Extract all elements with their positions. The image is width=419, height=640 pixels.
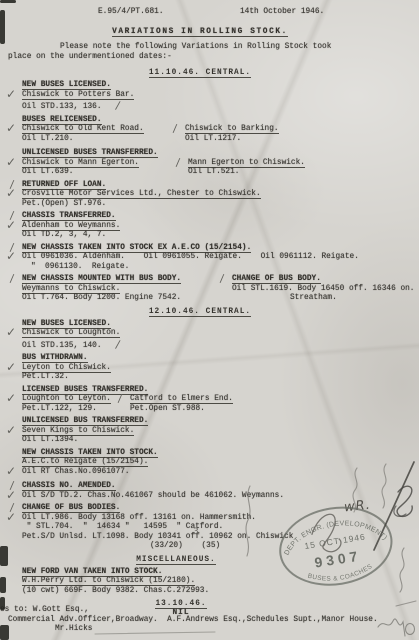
entry-block: BUSES RELICENSED.✓Chiswick to Old Kent R… xyxy=(22,116,419,145)
entry-heading: ∕RETURNED OFF LOAN. xyxy=(22,181,419,191)
doc-text: Oil 0961036. Aldenham. Oil 0961055. Reig… xyxy=(22,253,359,261)
doc-line: Oil LT.1217. xyxy=(185,135,279,145)
entry-heading: UNLICENSED BUS TRANSFERRED. xyxy=(22,417,419,427)
doc-line: Pet.LT.32. xyxy=(22,373,419,383)
entry-heading-text: CHANGE OF BUS BODY. xyxy=(232,275,321,284)
doc-text: Streatham. xyxy=(290,294,337,302)
entry-heading-text: UNLICENSED BUS TRANSFERRED. xyxy=(22,417,148,426)
entry-heading: ∕CHANGE OF BUS BODY. xyxy=(232,275,414,285)
slash-annotation: ∕ xyxy=(9,274,14,284)
doc-line: Oil TD.2, 3, 4, 7. xyxy=(22,231,419,241)
doc-text: Crosville Motor Services Ltd., Chester t… xyxy=(22,190,261,199)
checkmark-annotation: ✓ xyxy=(6,425,16,435)
checkmark-annotation: ✓ xyxy=(6,393,16,403)
entry-heading-text: CHANGE OF BUS BODIES. xyxy=(22,504,120,513)
entry-heading-text: RETURNED OFF LOAN. xyxy=(22,181,106,190)
stamp-number: 9307 xyxy=(313,547,362,570)
entry-heading-text: NEW CHASSIS MOUNTED WITH BUS BODY. xyxy=(22,275,181,284)
doc-line: ✓Seven Kings to Chiswick. xyxy=(22,427,419,437)
doc-text: Pet.LT.122, 129. xyxy=(22,405,97,413)
doc-text: Weymanns to Chiswick. xyxy=(22,285,120,294)
doc-text: Oil STD.133, 136. xyxy=(22,103,102,111)
doc-line: Pet.Open ST.988. xyxy=(130,405,233,415)
doc-text: Chiswick to Barking. xyxy=(185,125,279,134)
reference-number: E.95/4/PT.681. xyxy=(98,8,164,16)
doc-text: Oil LT.521. xyxy=(188,168,239,176)
doc-line: ✓Crosville Motor Services Ltd., Chester … xyxy=(22,190,419,200)
doc-text: Seven Kings to Chiswick. xyxy=(22,427,134,436)
footer-mr-hicks: Mr.Hicks xyxy=(55,625,419,635)
doc-text: Leyton to Chiswick. xyxy=(22,364,111,373)
doc-text: Oil LT.210. xyxy=(22,135,73,143)
scan-edge-artifact xyxy=(0,625,9,640)
doc-text: Oil LT.1217. xyxy=(185,135,241,143)
intro-line-2: place on the undermentioned dates:- xyxy=(8,52,419,62)
doc-text: Oil LT.639. xyxy=(22,168,73,176)
doc-text: Oil LT.1394. xyxy=(22,436,78,444)
doc-line: ✓Chiswick to Potters Bar. xyxy=(22,91,419,101)
doc-text: " 0961130. Reigate. xyxy=(31,263,129,271)
doc-line: Oil STL.1619. Body 16450 off. 16346 on. xyxy=(232,285,414,295)
doc-text: Chiswick to Old Kent Road. xyxy=(22,125,144,134)
entry-heading-text: NEW BUSES LICENSED. xyxy=(22,81,111,90)
entry-heading: NEW CHASSIS TAKEN INTO STOCK. xyxy=(22,449,419,459)
doc-text: Catford to Elmers End. xyxy=(130,395,233,404)
checkmark-annotation: ✓ xyxy=(6,188,16,198)
doc-text: Oil STD.135, 140. xyxy=(22,342,102,350)
entry-heading-text: UNLICENSED BUSES TRANSFERRED. xyxy=(22,149,158,158)
entry-block: ∕NEW CHASSIS TAKEN INTO STOCK EX A.E.CO … xyxy=(22,244,419,273)
entry-heading: LICENSED BUSES TRANSFERRED. xyxy=(22,386,419,396)
doc-line: Oil LT.1394. xyxy=(22,436,419,446)
slash-annotation: ∕ xyxy=(114,101,120,112)
entry-right-column: ∕Chiswick to Barking.Oil LT.1217. xyxy=(185,125,279,144)
doc-text: Oil TD.2, 3, 4, 7. xyxy=(22,231,106,239)
entry-block: NEW BUSES LICENSED.✓Chiswick to Potters … xyxy=(22,81,419,113)
slash-annotation: ∕ xyxy=(172,124,177,134)
doc-line: Pet.(Open) ST.976. xyxy=(22,200,419,210)
doc-line: ∕Mann Egerton to Chiswick. xyxy=(188,159,305,169)
scanned-memo-page: { "page": { "ref_number": "E.95/4/PT.681… xyxy=(0,0,419,640)
entry-heading-text: NEW CHASSIS TAKEN INTO STOCK. xyxy=(22,449,158,458)
entry-right-column: ∕Catford to Elmers End.Pet.Open ST.988. xyxy=(130,395,233,414)
document-header: E.95/4/PT.681. 14th October 1946. xyxy=(0,8,419,26)
entry-heading-text: CHASSIS NO. AMENDED. xyxy=(22,482,116,491)
page-title: VARIATIONS IN ROLLING STOCK. xyxy=(0,28,400,36)
doc-text: " STL.704. " 14634 " 14595 " Catford. xyxy=(22,523,223,531)
entry-heading-text: LICENSED BUSES TRANSFERRED. xyxy=(22,386,148,395)
entry-heading: BUSES RELICENSED. xyxy=(22,116,419,126)
scan-edge-artifact xyxy=(0,546,8,566)
doc-line: Oil STD.133, 136.∕ xyxy=(22,100,419,113)
entry-block: UNLICENSED BUS TRANSFERRED.✓Seven Kings … xyxy=(22,417,419,446)
checkmark-annotation: ✓ xyxy=(6,490,16,500)
entry-block: ∕NEW CHASSIS MOUNTED WITH BUS BODY.Weyma… xyxy=(22,275,419,304)
doc-text: Pet.(Open) ST.976. xyxy=(22,200,106,208)
doc-line: ✓Leyton to Chiswick. xyxy=(22,364,419,374)
doc-line: ✓Oil 0961036. Aldenham. Oil 0961055. Rei… xyxy=(22,253,419,263)
entry-block: NEW CHASSIS TAKEN INTO STOCK.A.E.C.to Re… xyxy=(22,449,419,478)
date-stamp: DEPT. ENGR. (DEVELOPMENT) BUSES & COACHE… xyxy=(269,488,405,606)
entry-heading-text: NEW FORD VAN TAKEN INTO STOCK. xyxy=(22,568,162,577)
doc-text: Chiswick to Loughton. xyxy=(22,329,120,338)
doc-text: Pet.LT.32. xyxy=(22,373,69,381)
checkmark-annotation: ✓ xyxy=(6,327,16,337)
doc-line: ✓Chiswick to Loughton. xyxy=(22,329,419,339)
slash-annotation: ∕ xyxy=(219,274,224,284)
doc-text: (33/20) (35) xyxy=(150,542,220,550)
checkmark-annotation: ✓ xyxy=(6,362,16,372)
entry-heading-text: BUS WITHDRAWN. xyxy=(22,354,88,363)
entry-heading: UNLICENSED BUSES TRANSFERRED. xyxy=(22,149,419,159)
document-date: 14th October 1946. xyxy=(240,8,324,16)
doc-text: W.H.Perry Ltd. to Chiswick (15/2180). xyxy=(22,577,195,586)
doc-line: ∕Chiswick to Barking. xyxy=(185,125,279,135)
entry-heading-text: NEW CHASSIS TAKEN INTO STOCK EX A.E.CO (… xyxy=(22,244,251,253)
scan-edge-artifact xyxy=(0,597,5,610)
entry-block: UNLICENSED BUSES TRANSFERRED.✓Chiswick t… xyxy=(22,149,419,178)
doc-line: Streatham. xyxy=(290,294,414,304)
date-heading-text: 12.10.46. CENTRAL. xyxy=(149,308,251,317)
doc-text: (10 cwt) 669F. Body 9382. Chas.C.272993. xyxy=(22,587,209,595)
date-heading-text: 11.10.46. CENTRAL. xyxy=(149,69,251,78)
scan-edge-artifact xyxy=(0,10,5,44)
entry-block: ∕RETURNED OFF LOAN.✓Crosville Motor Serv… xyxy=(22,181,419,210)
doc-text: Aldenham to Weymanns. xyxy=(22,222,120,231)
doc-line: Oil LT.521. xyxy=(188,168,305,178)
slash-annotation: ∕ xyxy=(114,339,120,350)
entry-block: ∕CHASSIS TRANSFERRED.✓Aldenham to Weyman… xyxy=(22,212,419,241)
entry-block: LICENSED BUSES TRANSFERRED.✓Loughton to … xyxy=(22,386,419,415)
doc-text: Chiswick to Mann Egerton. xyxy=(22,159,139,168)
entry-heading: ∕NEW CHASSIS TAKEN INTO STOCK EX A.E.CO … xyxy=(22,244,419,254)
doc-text: Oil T.764. Body 1200. Engine 7542. xyxy=(22,294,181,302)
entry-heading: NEW BUSES LICENSED. xyxy=(22,81,419,91)
doc-text: Pet.S/D Unlsd. LT.1098. Body 10341 off. … xyxy=(22,533,293,541)
doc-text: Mann Egerton to Chiswick. xyxy=(188,159,305,168)
distribution-footer: es to: W.Gott Esq., Commercial Adv.Offic… xyxy=(0,606,419,635)
entry-heading: BUS WITHDRAWN. xyxy=(22,354,419,364)
page-title-text: VARIATIONS IN ROLLING STOCK. xyxy=(112,28,288,37)
entry-heading: NEW BUSES LICENSED. xyxy=(22,320,419,330)
doc-line: Oil STD.135, 140.∕ xyxy=(22,339,419,352)
footer-copies-to: es to: W.Gott Esq., xyxy=(0,606,419,616)
entry-right-column: ∕Mann Egerton to Chiswick.Oil LT.521. xyxy=(188,159,305,178)
entry-heading-text: NEW BUSES LICENSED. xyxy=(22,320,111,329)
checkmark-annotation: ✓ xyxy=(6,123,16,133)
entry-heading: ∕CHASSIS NO. AMENDED. xyxy=(22,482,419,492)
entry-heading: ∕CHASSIS TRANSFERRED. xyxy=(22,212,419,222)
doc-line: ✓Oil RT Chas.No.0961077. xyxy=(22,468,419,478)
doc-text: Loughton to Leyton. xyxy=(22,395,111,404)
checkmark-annotation: ✓ xyxy=(6,89,16,99)
checkmark-annotation: ✓ xyxy=(6,512,16,522)
checkmark-annotation: ✓ xyxy=(6,466,16,476)
doc-text: Pet.Open ST.988. xyxy=(130,405,205,413)
doc-text: Oil RT Chas.No.0961077. xyxy=(22,468,130,476)
entry-right-column: ∕CHANGE OF BUS BODY.Oil STL.1619. Body 1… xyxy=(232,275,414,304)
doc-text: Oil STL.1619. Body 16450 off. 16346 on. xyxy=(232,285,414,293)
scan-edge-artifact xyxy=(0,577,6,593)
footer-recipients: Commercial Adv.Officer,Broadway. A.F.And… xyxy=(8,616,419,626)
checkmark-annotation: ✓ xyxy=(6,157,16,167)
section-date-heading: 12.10.46. CENTRAL. xyxy=(0,307,400,317)
entry-heading-text: CHASSIS TRANSFERRED. xyxy=(22,212,116,221)
doc-text: Oil S/D TD.2. Chas.No.461067 should be 4… xyxy=(22,492,284,500)
doc-line: ✓Aldenham to Weymanns. xyxy=(22,222,419,232)
checkmark-annotation: ✓ xyxy=(6,251,16,261)
scan-edge-artifact xyxy=(0,0,16,3)
doc-text: A.E.C.to Reigate (15/2154). xyxy=(22,458,148,467)
doc-text: Oil LT.986. Body 13168 off. 13161 on. Ha… xyxy=(22,514,256,522)
checkmark-annotation: ✓ xyxy=(6,220,16,230)
doc-line: " 0961130. Reigate. xyxy=(31,263,419,273)
date-stamp-icon: DEPT. ENGR. (DEVELOPMENT) BUSES & COACHE… xyxy=(269,488,405,606)
doc-line: A.E.C.to Reigate (15/2154). xyxy=(22,458,419,468)
slash-annotation: ∕ xyxy=(117,394,122,404)
entry-heading-text: BUSES RELICENSED. xyxy=(22,116,102,125)
slash-annotation: ∕ xyxy=(175,157,180,167)
doc-line: ∕Catford to Elmers End. xyxy=(130,395,233,405)
entry-block: NEW BUSES LICENSED.✓Chiswick to Loughton… xyxy=(22,320,419,352)
intro-line-1: Please note the following Variations in … xyxy=(60,42,419,52)
entry-block: BUS WITHDRAWN.✓Leyton to Chiswick.Pet.LT… xyxy=(22,354,419,383)
section-date-heading: 11.10.46. CENTRAL. xyxy=(0,68,400,78)
date-heading-text: MISCELLANEOUS. xyxy=(136,556,216,565)
